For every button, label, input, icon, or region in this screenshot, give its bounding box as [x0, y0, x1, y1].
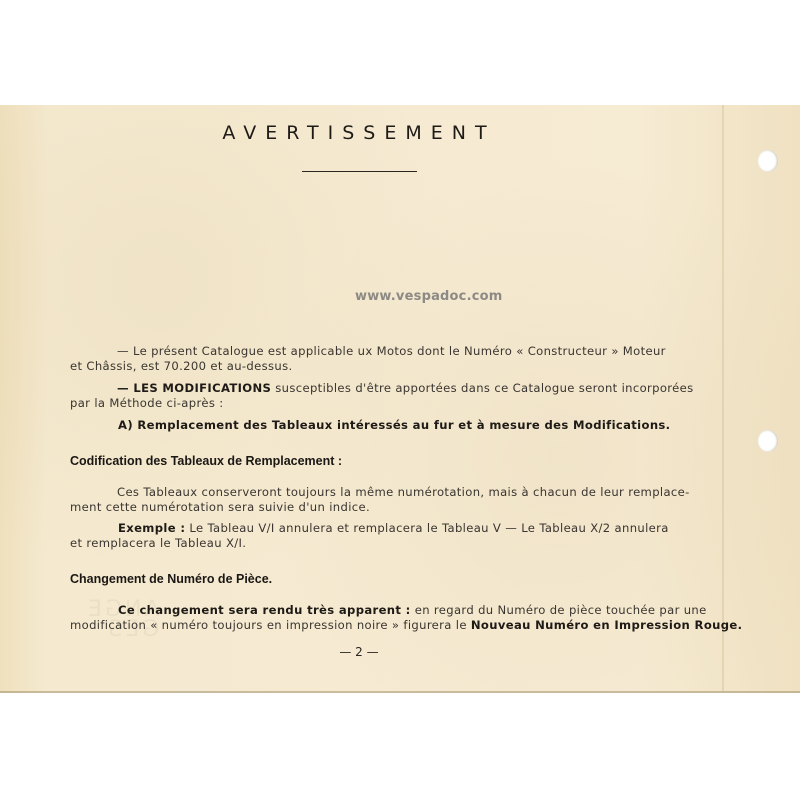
punch-hole-top — [758, 150, 778, 172]
part-number-para-line2: modification « numéro toujours en impres… — [70, 617, 742, 634]
codification-para-line2: ment cette numérotation sera suivie d'un… — [70, 499, 370, 516]
punch-hole-bottom — [758, 430, 778, 452]
modifications-text: susceptibles d'être apportées dans ce Ca… — [271, 381, 693, 395]
example-label: Exemple : — [118, 521, 185, 535]
section-heading-part-number: Changement de Numéro de Pièce. — [70, 572, 272, 586]
modifications-label: — LES MODIFICATIONS — [117, 381, 271, 395]
page-number: — 2 — — [0, 645, 718, 659]
part-number-emphasis: Ce changement sera rendu très apparent : — [118, 603, 411, 617]
title-underline — [302, 171, 417, 172]
part-number-text: en regard du Numéro de pièce touchée par… — [411, 603, 707, 617]
paragraph-applicability-line2: et Châssis, est 70.200 et au-dessus. — [70, 358, 293, 375]
section-heading-codification: Codification des Tableaux de Remplacemen… — [70, 454, 342, 468]
page-title: AVERTISSEMENT — [0, 122, 718, 144]
paragraph-modifications-line2: par la Méthode ci-après : — [70, 395, 224, 412]
method-a: A) Remplacement des Tableaux intéressés … — [118, 417, 670, 434]
part-number-line2-text: modification « numéro toujours en impres… — [70, 618, 471, 632]
watermark: www.vespadoc.com — [355, 289, 503, 304]
example-text: Le Tableau V/I annulera et remplacera le… — [185, 521, 668, 535]
example-line2: et remplacera le Tableau X/I. — [70, 535, 246, 552]
red-print-emphasis: Nouveau Numéro en Impression Rouge. — [471, 618, 743, 632]
